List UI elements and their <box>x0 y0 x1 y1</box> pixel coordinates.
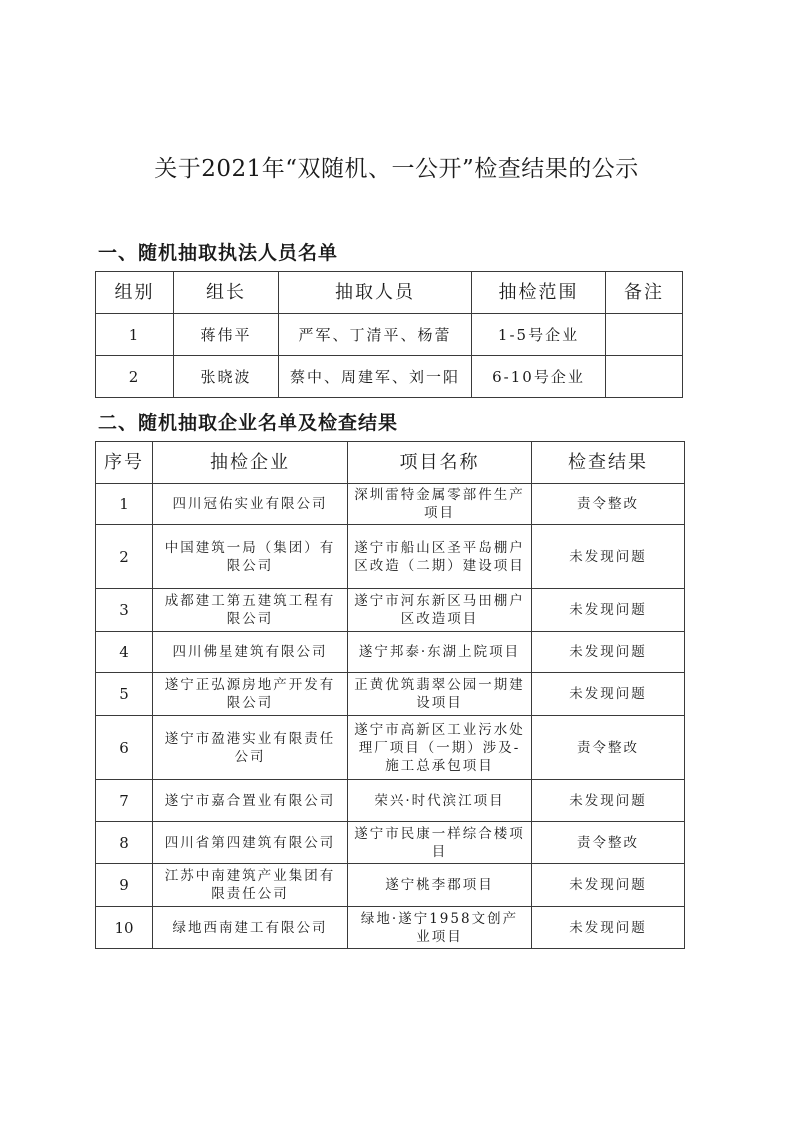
project-cell: 遂宁邦泰·东湖上院项目 <box>348 632 532 673</box>
members-cell: 蔡中、周建军、刘一阳 <box>279 356 472 398</box>
table-row: 3 成都建工第五建筑工程有限公司 遂宁市河东新区马田棚户区改造项目 未发现问题 <box>96 589 685 632</box>
group-cell: 1 <box>96 314 174 356</box>
column-header-project: 项目名称 <box>348 442 532 484</box>
no-cell: 6 <box>96 716 153 780</box>
column-header-group: 组别 <box>96 272 174 314</box>
table-header-row: 序号 抽检企业 项目名称 检查结果 <box>96 442 685 484</box>
column-header-members: 抽取人员 <box>279 272 472 314</box>
table-row: 1 四川冠佑实业有限公司 深圳雷特金属零部件生产项目 责令整改 <box>96 484 685 525</box>
project-cell: 遂宁市河东新区马田棚户区改造项目 <box>348 589 532 632</box>
remark-cell <box>606 356 683 398</box>
section1-heading: 一、随机抽取执法人员名单 <box>98 238 338 265</box>
no-cell: 2 <box>96 525 153 589</box>
no-cell: 10 <box>96 907 153 949</box>
leader-cell: 张晓波 <box>174 356 279 398</box>
result-cell: 未发现问题 <box>532 673 685 716</box>
table-row: 2 张晓波 蔡中、周建军、刘一阳 6-10号企业 <box>96 356 683 398</box>
no-cell: 9 <box>96 864 153 907</box>
column-header-leader: 组长 <box>174 272 279 314</box>
no-cell: 1 <box>96 484 153 525</box>
company-cell: 中国建筑一局（集团）有限公司 <box>153 525 348 589</box>
table-row: 7 遂宁市嘉合置业有限公司 荣兴·时代滨江项目 未发现问题 <box>96 780 685 822</box>
project-cell: 遂宁桃李郡项目 <box>348 864 532 907</box>
no-cell: 8 <box>96 822 153 864</box>
table-row: 10 绿地西南建工有限公司 绿地·遂宁1958文创产业项目 未发现问题 <box>96 907 685 949</box>
project-cell: 正黄优筑翡翠公园一期建设项目 <box>348 673 532 716</box>
section2-heading: 二、随机抽取企业名单及检查结果 <box>98 408 398 435</box>
company-cell: 遂宁市盈港实业有限责任公司 <box>153 716 348 780</box>
project-cell: 荣兴·时代滨江项目 <box>348 780 532 822</box>
project-cell: 深圳雷特金属零部件生产项目 <box>348 484 532 525</box>
result-cell: 未发现问题 <box>532 589 685 632</box>
remark-cell <box>606 314 683 356</box>
company-cell: 四川省第四建筑有限公司 <box>153 822 348 864</box>
company-cell: 绿地西南建工有限公司 <box>153 907 348 949</box>
company-cell: 江苏中南建筑产业集团有限责任公司 <box>153 864 348 907</box>
column-header-remark: 备注 <box>606 272 683 314</box>
no-cell: 7 <box>96 780 153 822</box>
company-cell: 四川佛星建筑有限公司 <box>153 632 348 673</box>
no-cell: 5 <box>96 673 153 716</box>
table-row: 4 四川佛星建筑有限公司 遂宁邦泰·东湖上院项目 未发现问题 <box>96 632 685 673</box>
column-header-company: 抽检企业 <box>153 442 348 484</box>
scope-cell: 6-10号企业 <box>472 356 606 398</box>
project-cell: 遂宁市船山区圣平岛棚户区改造（二期）建设项目 <box>348 525 532 589</box>
company-cell: 遂宁正弘源房地产开发有限公司 <box>153 673 348 716</box>
document-title: 关于2021年“双随机、一公开”检查结果的公示 <box>0 150 793 183</box>
company-cell: 成都建工第五建筑工程有限公司 <box>153 589 348 632</box>
scope-cell: 1-5号企业 <box>472 314 606 356</box>
column-header-no: 序号 <box>96 442 153 484</box>
no-cell: 3 <box>96 589 153 632</box>
result-cell: 责令整改 <box>532 716 685 780</box>
result-cell: 责令整改 <box>532 822 685 864</box>
result-cell: 未发现问题 <box>532 632 685 673</box>
members-cell: 严军、丁清平、杨蕾 <box>279 314 472 356</box>
column-header-scope: 抽检范围 <box>472 272 606 314</box>
company-cell: 遂宁市嘉合置业有限公司 <box>153 780 348 822</box>
result-cell: 未发现问题 <box>532 864 685 907</box>
result-cell: 未发现问题 <box>532 780 685 822</box>
table-row: 2 中国建筑一局（集团）有限公司 遂宁市船山区圣平岛棚户区改造（二期）建设项目 … <box>96 525 685 589</box>
inspection-results-table: 序号 抽检企业 项目名称 检查结果 1 四川冠佑实业有限公司 深圳雷特金属零部件… <box>95 441 685 949</box>
project-cell: 绿地·遂宁1958文创产业项目 <box>348 907 532 949</box>
result-cell: 责令整改 <box>532 484 685 525</box>
no-cell: 4 <box>96 632 153 673</box>
result-cell: 未发现问题 <box>532 907 685 949</box>
table-row: 5 遂宁正弘源房地产开发有限公司 正黄优筑翡翠公园一期建设项目 未发现问题 <box>96 673 685 716</box>
group-cell: 2 <box>96 356 174 398</box>
project-cell: 遂宁市高新区工业污水处理厂项目（一期）涉及-施工总承包项目 <box>348 716 532 780</box>
company-cell: 四川冠佑实业有限公司 <box>153 484 348 525</box>
table-row: 1 蒋伟平 严军、丁清平、杨蕾 1-5号企业 <box>96 314 683 356</box>
leader-cell: 蒋伟平 <box>174 314 279 356</box>
table-row: 8 四川省第四建筑有限公司 遂宁市民康一样综合楼项目 责令整改 <box>96 822 685 864</box>
project-cell: 遂宁市民康一样综合楼项目 <box>348 822 532 864</box>
result-cell: 未发现问题 <box>532 525 685 589</box>
table-header-row: 组别 组长 抽取人员 抽检范围 备注 <box>96 272 683 314</box>
table-row: 9 江苏中南建筑产业集团有限责任公司 遂宁桃李郡项目 未发现问题 <box>96 864 685 907</box>
inspector-table: 组别 组长 抽取人员 抽检范围 备注 1 蒋伟平 严军、丁清平、杨蕾 1-5号企… <box>95 271 683 398</box>
column-header-result: 检查结果 <box>532 442 685 484</box>
table-row: 6 遂宁市盈港实业有限责任公司 遂宁市高新区工业污水处理厂项目（一期）涉及-施工… <box>96 716 685 780</box>
